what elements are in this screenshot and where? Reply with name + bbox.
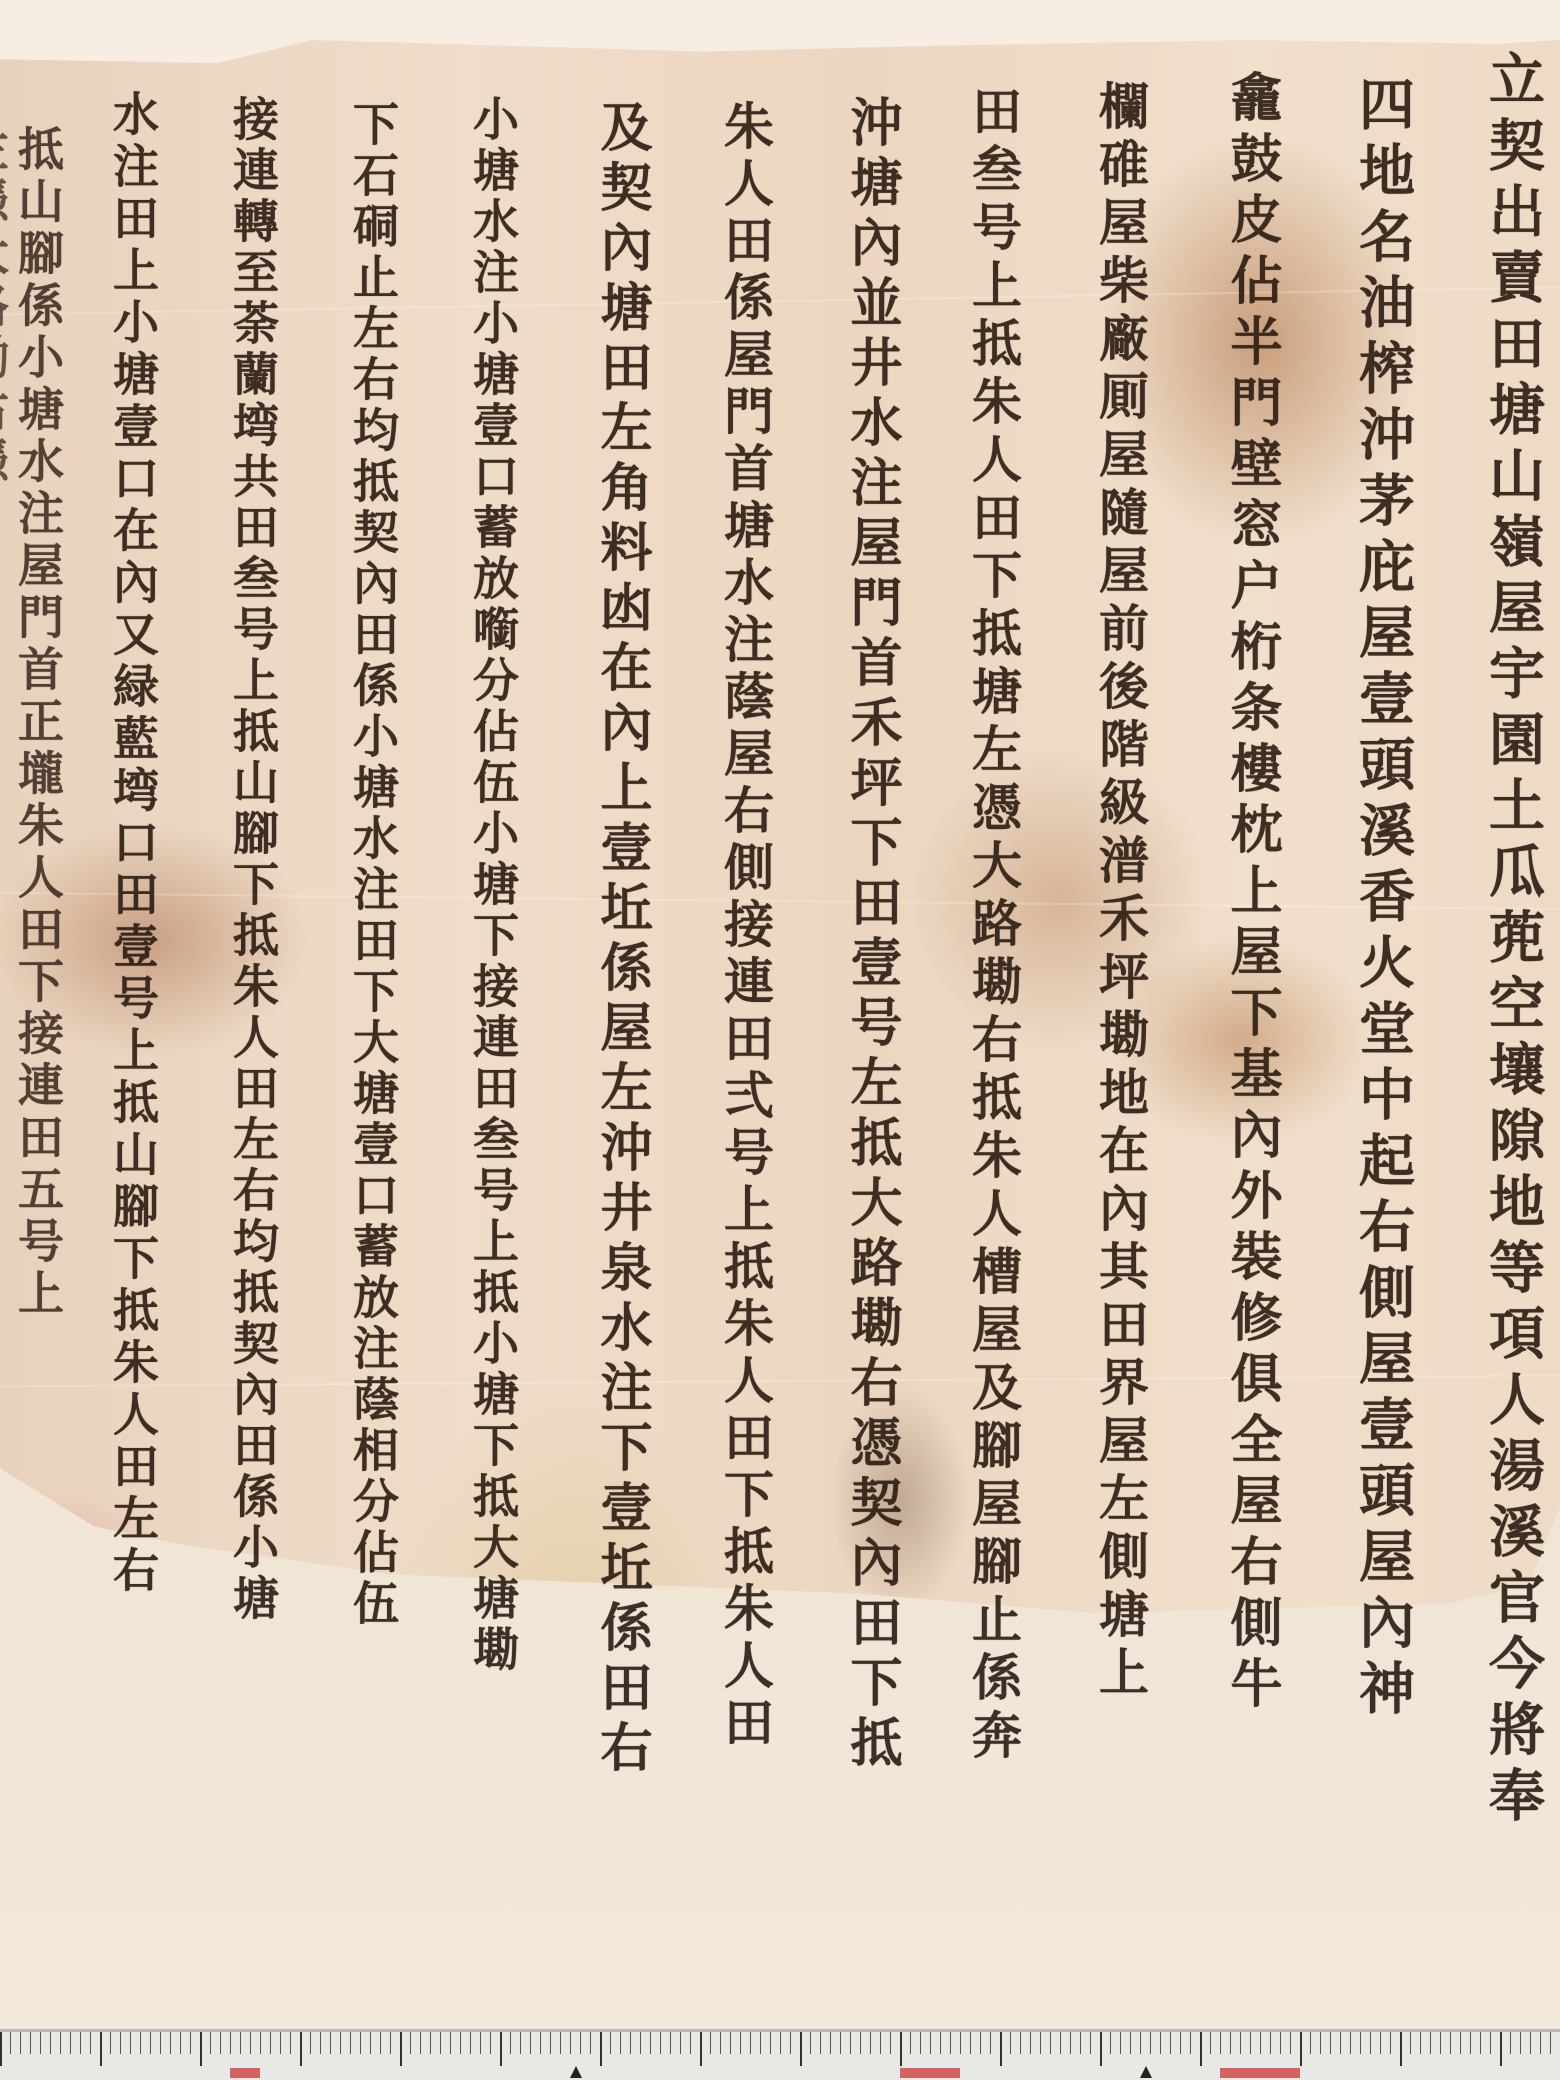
deed-column-3: 龕鼓皮佔半門壁窓户桁条樓枕上屋下基內外裝修俱全屋右側牛 [1225,70,1277,1717]
ruler-red-marking [900,2068,960,2078]
deed-column-4: 欄碓屋柴廠厠屋隨屋前後階級潽禾坪墈地在內其田界屋左側塘上 [1095,80,1145,1704]
deed-column-13: 抵山腳係小塘水注屋門首正壠朱人田下接連田五号上 [15,125,61,1321]
ruler-markers [0,2062,1560,2078]
deed-column-5: 田叁号上抵朱人田下抵塘左憑大路墈右抵朱人槽屋及腳屋腳止係奔 [968,85,1018,1767]
deed-column-14: 左憑大路墈右憑 [0,125,6,489]
deed-column-9: 小塘水注小塘壹口蓄放㘅分佔伍小塘下接連田叁号上抵小塘下抵大塘墈 [470,95,516,1676]
photo-scene: 立契出賣田塘山嶺屋宇園土瓜蔸空壤隙地等項人湯溪官今將奉 四地名油榨沖茅庇屋壹頭溪… [0,0,1560,2080]
deed-column-2: 四地名油榨沖茅庇屋壹頭溪香火堂中起右側屋壹頭屋內神 [1355,75,1411,1725]
deed-column-6: 沖塘內並井水注屋門首禾坪下田壹号左抵大路墈右憑契內田下抵 [845,95,897,1775]
measuring-ruler [0,2029,1560,2080]
ruler-triangle-marker [570,2066,582,2078]
deed-column-10: 下石硐止左右均抵契內田係小塘水注田下大塘壹口蓄放注蔭相分佔伍 [350,100,396,1630]
deed-column-12: 水注田上小塘壹口在內又緑藍塆口田壹号上抵山腳下抵朱人田左右 [110,90,156,1598]
deed-column-7: 朱人田係屋門首塘水注蔭屋右側接連田弍号上抵朱人田下抵朱人田 [720,100,770,1753]
ruler-red-marking [1220,2068,1300,2078]
deed-text-columns: 立契出賣田塘山嶺屋宇園土瓜蔸空壤隙地等項人湯溪官今將奉 四地名油榨沖茅庇屋壹頭溪… [0,40,1560,1940]
ruler-triangle-marker [1140,2066,1152,2078]
deed-column-8: 及契內塘田左角料凼在內上壹坵係屋左沖井泉水注下壹坵係田右 [595,100,647,1780]
ruler-major-ticks [0,2032,1560,2066]
deed-column-1: 立契出賣田塘山嶺屋宇園土瓜蔸空壤隙地等項人湯溪官今將奉 [1485,50,1541,1832]
ruler-red-marking [230,2068,260,2078]
deed-column-11: 接連轉至荼蘭塆共田叁号上抵山腳下抵朱人田左右均抵契內田係小塘 [230,95,276,1625]
